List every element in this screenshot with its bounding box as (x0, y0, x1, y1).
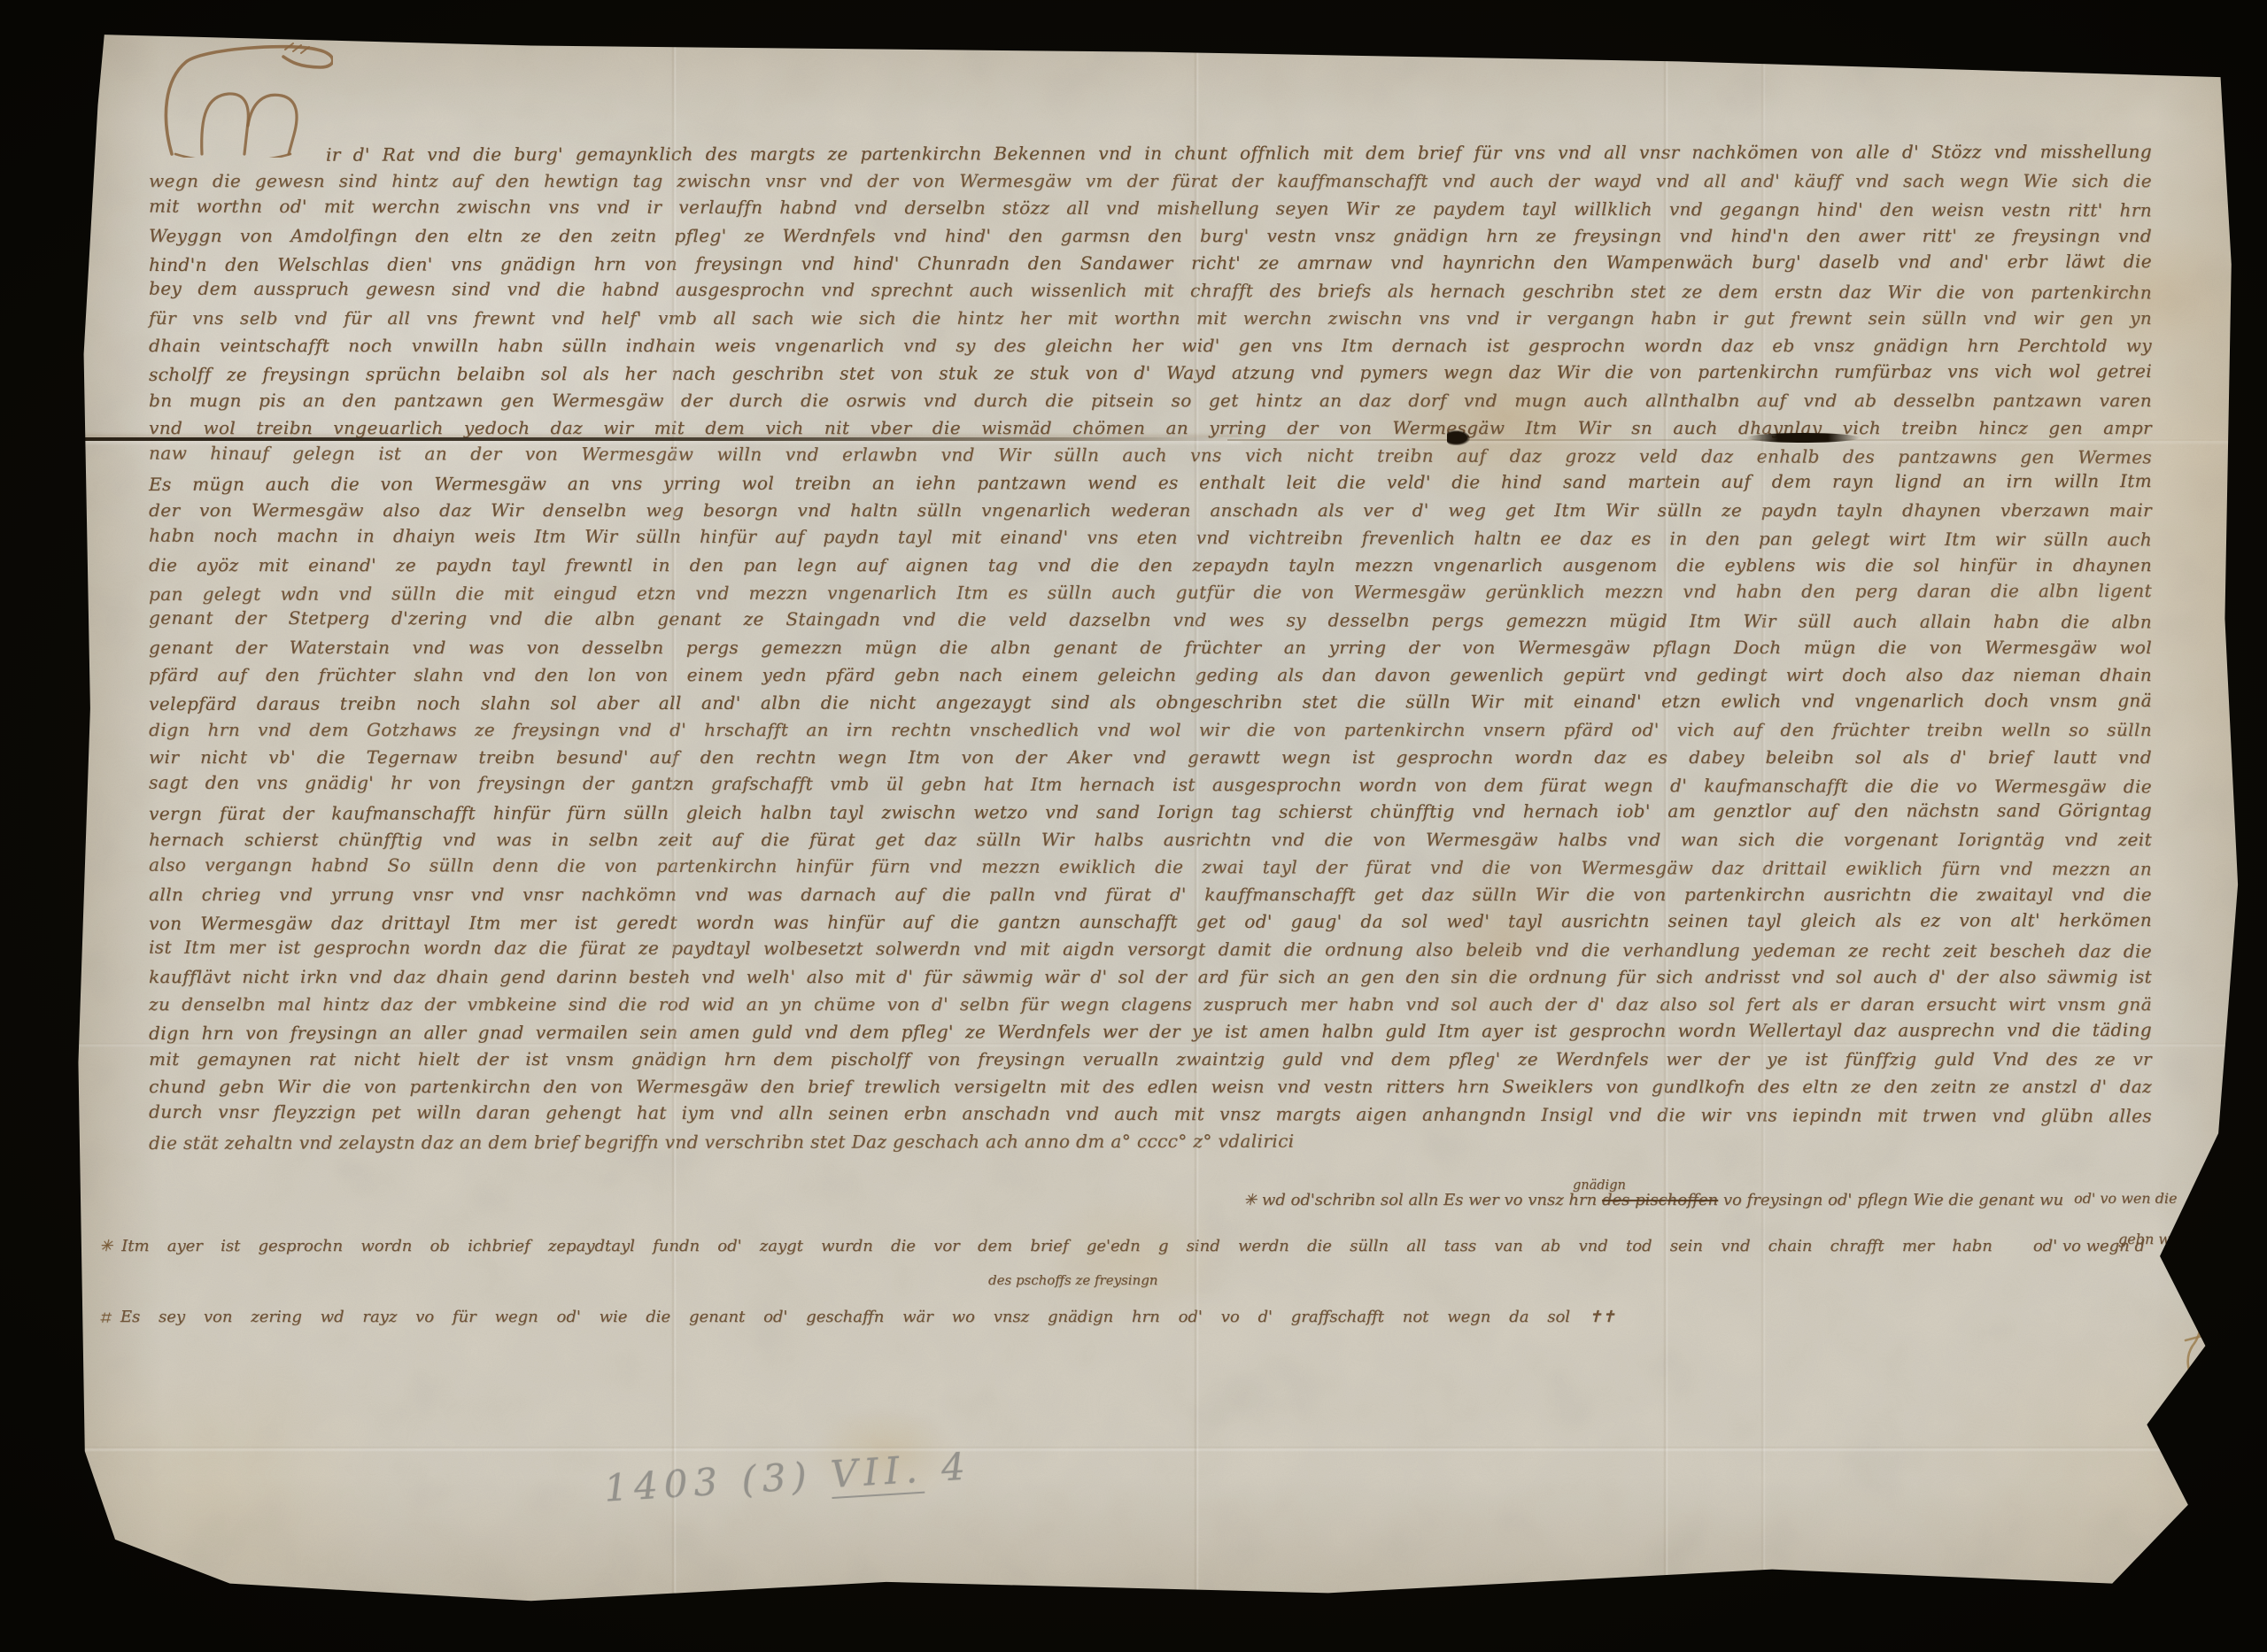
manuscript-line: scholff ze freysingn sprüchn belaibn sol… (149, 358, 2152, 389)
asterisk-mark-icon: ✳ (99, 1236, 112, 1257)
interlinear-insertion-bishop-of-freising: des pschoffs ze freysingn (988, 1270, 1157, 1291)
manuscript-line: die ayöz mit einand' ze paydn tayl frewn… (149, 552, 2152, 579)
manuscript-line: mit gemaynen rat nicht hielt der ist vns… (149, 1046, 2152, 1073)
manuscript-line: mit worthn od' mit werchn zwischn vns vn… (149, 193, 2152, 225)
manuscript-line: Es mügn auch die von Wermesgäw an vns yr… (149, 467, 2152, 498)
interlinear-insertion-gnadign: gnädign (1573, 1175, 1626, 1196)
manuscript-line: habn noch machn in dhaiyn weis Itm Wir s… (149, 522, 2152, 554)
manuscript-line: dhain veintschafft noch vnwilln habn sül… (149, 332, 2152, 359)
manuscript-line: durch vnsr fleyzzign pet willn daran geh… (149, 1099, 2152, 1131)
manuscript-sheet: ir d' Rat vnd die burg' gemaynklich des … (76, 28, 2242, 1602)
manuscript-line: ist Itm mer ist gesprochn wordn daz die … (149, 934, 2152, 966)
roman-numeral-underlined: VII. (830, 1447, 925, 1499)
manuscript-line: bn mugn pis an den pantzawn gen Wermesgä… (149, 387, 2152, 414)
pencil-archive-number: 1403 (3) VII. 4 (603, 1444, 972, 1509)
addendum-clause-old-letters: ✳ Itm ayer ist gesprochn wordn ob ichbri… (99, 1236, 2145, 1257)
faint-horizontal-crease (76, 1447, 2242, 1452)
manuscript-line: kaufflävt nicht irkn vnd daz dhain gend … (149, 963, 2152, 991)
manuscript-line: naw hinauf gelegn ist an der von Wermesg… (149, 440, 2152, 472)
manuscript-line: hernach schierst chünfftig vnd was in se… (149, 826, 2152, 853)
manuscript-line: genant der Waterstain vnd was von dessel… (149, 634, 2152, 661)
manuscript-line: genant der Stetperg d'zering vnd die alb… (149, 605, 2152, 637)
manuscript-line: der von Wermesgäw also daz Wir denselbn … (149, 497, 2152, 524)
manuscript-line: wir nicht vb' die Tegernaw treibn besund… (149, 744, 2152, 771)
manuscript-line: pan gelegt wdn vnd sülln die mit eingud … (149, 577, 2152, 608)
notary-flourish-icon (2177, 1255, 2216, 1413)
manuscript-line: dign hrn von freysingn an aller gnad ver… (149, 1016, 2152, 1047)
manuscript-line: von Wermesgäw daz drittayl Itm mer ist g… (149, 907, 2152, 938)
hash-mark-icon: ⌗ (99, 1307, 110, 1328)
photograph-stage: ir d' Rat vnd die burg' gemaynklich des … (0, 0, 2267, 1652)
manuscript-line: alln chrieg vnd yrrung vnsr vnd vnsr nac… (149, 881, 2152, 908)
manuscript-text-block: ir d' Rat vnd die burg' gemaynklich des … (149, 140, 2152, 1155)
addendum-clause-bishop: ✳ wd od'schribn sol alln Es wer vo vnsz … (1243, 1190, 2189, 1211)
manuscript-line: vnd wol treibn vngeuarlich yedoch daz wi… (149, 414, 2152, 442)
addendum-clause-zering: ⌗ Es sey von zering wd rayz vo für wegn … (99, 1307, 1615, 1328)
manuscript-line: pfärd auf den früchter slahn vnd den lon… (149, 661, 2152, 689)
manuscript-line: vergn fürat der kaufmanschafft hinfür fü… (149, 797, 2152, 828)
manuscript-line: chund gebn Wir die von partenkirchn den … (149, 1073, 2152, 1100)
addendum-marker-icon: ✳ (1243, 1191, 1257, 1209)
manuscript-line: wegn die gewesn sind hintz auf den hewti… (149, 167, 2152, 195)
manuscript-line: Weyggn von Amdolfingn den eltn ze den ze… (149, 222, 2152, 250)
manuscript-line: zu denselbn mal hintz daz der vmbkeine s… (149, 991, 2152, 1018)
manuscript-line: hind'n den Welschlas dien' vns gnädign h… (149, 248, 2152, 279)
manuscript-line: also vergangn habnd So sülln denn die vo… (149, 852, 2152, 884)
manuscript-line: velepfärd daraus treibn noch slahn sol a… (149, 687, 2152, 718)
manuscript-line: die stät zehaltn vnd zelaystn daz an dem… (149, 1126, 2152, 1157)
manuscript-line: bey dem ausspruch gewesn sind vnd die ha… (149, 275, 2152, 307)
manuscript-line: sagt den vns gnädig' hr von freysingn de… (149, 769, 2152, 801)
manuscript-line: ir d' Rat vnd die burg' gemaynklich des … (149, 138, 2152, 169)
manuscript-line: dign hrn vnd dem Gotzhaws ze freysingn v… (149, 716, 2152, 744)
margin-note: od' vo wen die (2074, 1188, 2178, 1209)
manuscript-line: für vns selb vnd für all vns frewnt vnd … (149, 305, 2152, 332)
